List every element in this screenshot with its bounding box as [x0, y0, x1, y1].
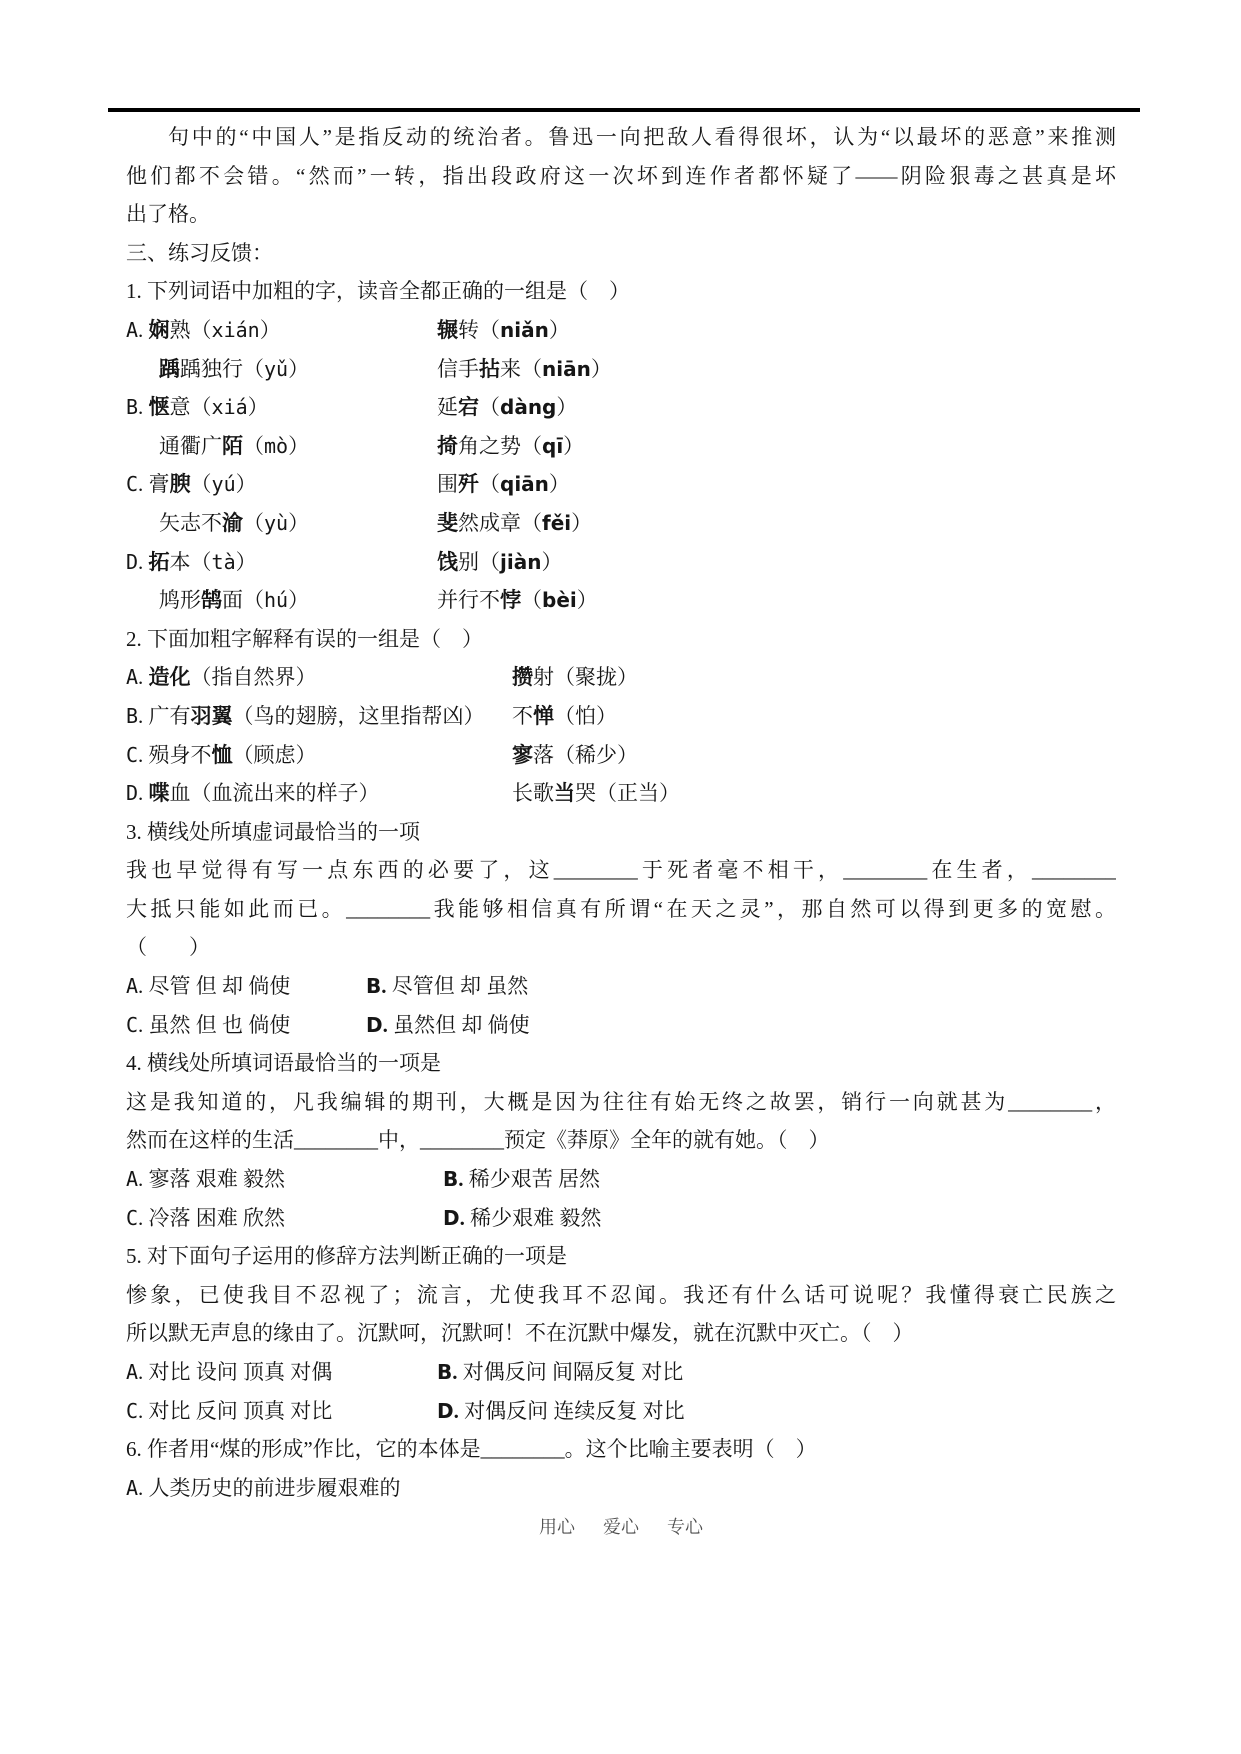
option-right: 斐然成章（fěi） — [437, 504, 592, 543]
section-heading: 三、练习反馈： — [126, 234, 1116, 273]
option-right: 信手拈来（niān） — [437, 350, 612, 389]
pinyin-text: dàng — [500, 395, 556, 419]
paragraph-line: 所以默无声息的缘由了。沉默呵，沉默呵！不在沉默中爆发，就在沉默中灭亡。（ ） — [126, 1314, 1116, 1353]
option-right: B. 对偶反问 间隔反复 对比 — [437, 1353, 683, 1392]
option-right: 围歼（qiān） — [437, 465, 570, 504]
option-left: A. 娴熟（xián） — [126, 311, 437, 350]
paragraph-line: 惨象，已使我目不忍视了；流言，尤使我耳不忍闻。我还有什么话可说呢？我懂得衰亡民族… — [126, 1276, 1116, 1315]
option-right: D. 稀少艰难 毅然 — [443, 1199, 601, 1238]
option-right: D. 对偶反问 连续反复 对比 — [437, 1392, 685, 1431]
footer-item: 用心 — [539, 1512, 575, 1542]
pinyin-text: yǔ — [264, 357, 288, 381]
pinyin-text: fěi — [542, 511, 571, 535]
pinyin-text: C — [126, 472, 138, 496]
question-stem: 6. 作者用“煤的形成”作比，它的本体是________。这个比喻主要表明（ ） — [126, 1430, 1116, 1469]
paragraph-line: 句中的“中国人”是指反动的统治者。鲁迅一向把敌人看得很坏，认为“以最坏的恶意”来… — [126, 118, 1116, 157]
footer-item: 爱心 — [603, 1512, 639, 1542]
option-row: 踽踽独行（yǔ）信手拈来（niān） — [126, 350, 1116, 389]
paragraph-line: 然而在这样的生活________中，________预定《莽原》全年的就有她。（… — [126, 1121, 1116, 1160]
option-left: A. 尽管 但 却 倘使 — [126, 967, 366, 1006]
document-content: 句中的“中国人”是指反动的统治者。鲁迅一向把敌人看得很坏，认为“以最坏的恶意”来… — [126, 118, 1116, 1542]
option-left: C. 虽然 但 也 倘使 — [126, 1006, 366, 1045]
pinyin-text: A — [126, 318, 138, 342]
pinyin-text: A — [126, 665, 138, 689]
option-right: B. 尽管但 却 虽然 — [366, 967, 528, 1006]
option-left: A. 对比 设问 顶真 对偶 — [126, 1353, 437, 1392]
paragraph-line: 他们都不会错。“然而”一转，指出段政府这一次坏到连作者都怀疑了——阴险狠毒之甚真… — [126, 157, 1116, 196]
pinyin-text: niǎn — [500, 318, 549, 342]
pinyin-text: B — [443, 1167, 458, 1191]
option-left: B. 广有羽翼（鸟的翅膀，这里指帮凶） — [126, 697, 512, 736]
option-row: C. 冷落 困难 欣然D. 稀少艰难 毅然 — [126, 1199, 1116, 1238]
pinyin-text: mò — [264, 434, 288, 458]
option-row: D. 喋血（血流出来的样子）长歌当哭（正当） — [126, 774, 1116, 813]
pinyin-text: C — [126, 1013, 138, 1037]
option-left: D. 喋血（血流出来的样子） — [126, 774, 512, 813]
pinyin-text: qī — [542, 434, 563, 458]
option-row: C. 殒身不恤（顾虑）寥落（稀少） — [126, 736, 1116, 775]
option-row: 通衢广陌（mò）掎角之势（qī） — [126, 427, 1116, 466]
pinyin-text: C — [126, 1206, 138, 1230]
pinyin-text: qiān — [500, 472, 549, 496]
option-right: 长歌当哭（正当） — [512, 774, 680, 813]
pinyin-text: yú — [212, 472, 236, 496]
option-left: 矢志不渝（yù） — [126, 504, 437, 543]
pinyin-text: A — [126, 1476, 138, 1500]
option-row: C. 对比 反问 顶真 对比D. 对偶反问 连续反复 对比 — [126, 1392, 1116, 1431]
option-row: 鸠形鹄面（hú）并行不悖（bèi） — [126, 581, 1116, 620]
option-row: A. 寥落 艰难 毅然B. 稀少艰苦 居然 — [126, 1160, 1116, 1199]
option-right: B. 稀少艰苦 居然 — [443, 1160, 600, 1199]
pinyin-text: bèi — [542, 588, 577, 612]
option-right: D. 虽然但 却 倘使 — [366, 1006, 530, 1045]
footer: 用心爱心专心 — [126, 1512, 1116, 1542]
paragraph-line: 我也早觉得有写一点东西的必要了，这________于死者毫不相干，_______… — [126, 851, 1116, 890]
pinyin-text: hú — [264, 588, 288, 612]
pinyin-text: A — [126, 974, 138, 998]
option-row: A. 对比 设问 顶真 对偶B. 对偶反问 间隔反复 对比 — [126, 1353, 1116, 1392]
pinyin-text: tà — [212, 550, 236, 574]
pinyin-text: A — [126, 1167, 138, 1191]
pinyin-text: B — [126, 395, 138, 419]
option-left: B. 惬意（xiá） — [126, 388, 437, 427]
paragraph-line: 大抵只能如此而已。________我能够相信真有所谓“在天之灵”，那自然可以得到… — [126, 890, 1116, 929]
option-row: A. 造化（指自然界）攒射（聚拢） — [126, 658, 1116, 697]
option-right: 饯别（jiàn） — [437, 543, 562, 582]
option-row: 矢志不渝（yù）斐然成章（fěi） — [126, 504, 1116, 543]
pinyin-text: xián — [212, 318, 260, 342]
option-left: C. 冷落 困难 欣然 — [126, 1199, 443, 1238]
option-left: C. 对比 反问 顶真 对比 — [126, 1392, 437, 1431]
option-right: 攒射（聚拢） — [512, 658, 638, 697]
paragraph-line: 出了格。 — [126, 195, 1116, 234]
pinyin-text: B — [366, 974, 381, 998]
pinyin-text: B — [126, 704, 138, 728]
page: 句中的“中国人”是指反动的统治者。鲁迅一向把敌人看得很坏，认为“以最坏的恶意”来… — [0, 0, 1241, 1754]
paragraph-line: 这是我知道的，凡我编辑的期刊，大概是因为往往有始无终之故罢，销行一向就甚为___… — [126, 1083, 1116, 1122]
option-right: 并行不悖（bèi） — [437, 581, 598, 620]
paragraph-line: （ ） — [126, 928, 1116, 967]
pinyin-text: yù — [264, 511, 288, 535]
option-right: 掎角之势（qī） — [437, 427, 584, 466]
option-row: A. 娴熟（xián）辗转（niǎn） — [126, 311, 1116, 350]
pinyin-text: D — [366, 1013, 383, 1037]
pinyin-text: D — [443, 1206, 460, 1230]
option-right: 延宕（dàng） — [437, 388, 577, 427]
pinyin-text: B — [437, 1360, 452, 1384]
pinyin-text: jiàn — [500, 550, 541, 574]
pinyin-text: D — [126, 781, 138, 805]
pinyin-text: D — [437, 1399, 454, 1423]
pinyin-text: C — [126, 743, 138, 767]
option-row: C. 膏腴（yú）围歼（qiān） — [126, 465, 1116, 504]
option-left: A. 造化（指自然界） — [126, 658, 512, 697]
pinyin-text: xiá — [212, 395, 248, 419]
top-rule — [108, 108, 1140, 112]
option-line: A. 人类历史的前进步履艰难的 — [126, 1469, 1116, 1508]
option-right: 寥落（稀少） — [512, 736, 638, 775]
option-row: B. 广有羽翼（鸟的翅膀，这里指帮凶）不惮（怕） — [126, 697, 1116, 736]
question-stem: 1. 下列词语中加粗的字，读音全都正确的一组是（ ） — [126, 272, 1116, 311]
option-left: 踽踽独行（yǔ） — [126, 350, 437, 389]
pinyin-text: niān — [542, 357, 591, 381]
option-left: C. 殒身不恤（顾虑） — [126, 736, 512, 775]
option-left: D. 拓本（tà） — [126, 543, 437, 582]
option-row: A. 尽管 但 却 倘使B. 尽管但 却 虽然 — [126, 967, 1116, 1006]
option-row: D. 拓本（tà）饯别（jiàn） — [126, 543, 1116, 582]
option-left: 通衢广陌（mò） — [126, 427, 437, 466]
option-row: C. 虽然 但 也 倘使D. 虽然但 却 倘使 — [126, 1006, 1116, 1045]
question-stem: 4. 横线处所填词语最恰当的一项是 — [126, 1044, 1116, 1083]
pinyin-text: A — [126, 1360, 138, 1384]
option-right: 辗转（niǎn） — [437, 311, 570, 350]
footer-item: 专心 — [667, 1512, 703, 1542]
option-left: A. 寥落 艰难 毅然 — [126, 1160, 443, 1199]
question-stem: 5. 对下面句子运用的修辞方法判断正确的一项是 — [126, 1237, 1116, 1276]
option-left: C. 膏腴（yú） — [126, 465, 437, 504]
pinyin-text: C — [126, 1399, 138, 1423]
question-stem: 2. 下面加粗字解释有误的一组是（ ） — [126, 620, 1116, 659]
option-right: 不惮（怕） — [512, 697, 617, 736]
option-left: 鸠形鹄面（hú） — [126, 581, 437, 620]
pinyin-text: D — [126, 550, 138, 574]
option-row: B. 惬意（xiá）延宕（dàng） — [126, 388, 1116, 427]
question-stem: 3. 横线处所填虚词最恰当的一项 — [126, 813, 1116, 852]
